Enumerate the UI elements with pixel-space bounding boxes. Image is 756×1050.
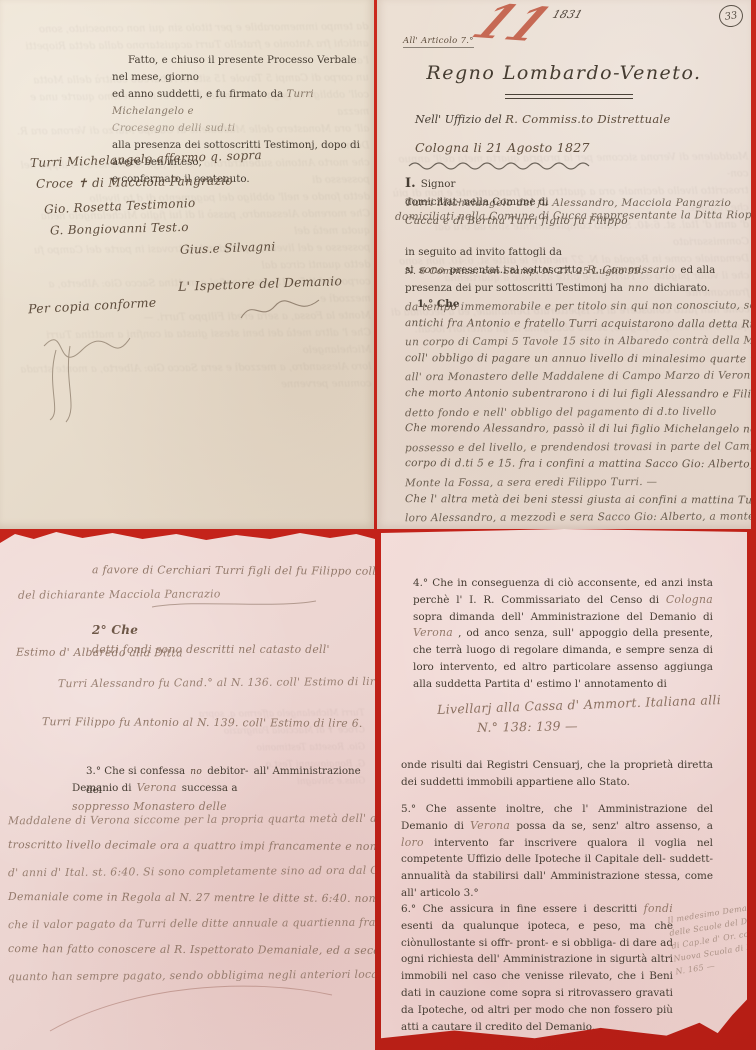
printed-fragment: ed alla xyxy=(680,264,715,276)
printed-fragment: in seguito ad invito fattogli da xyxy=(405,246,562,258)
printed-fragment: intervento far inscrivere qualora il vog… xyxy=(401,837,713,899)
signature: Croce ✝ di Macciola Pangrazio xyxy=(36,173,268,191)
handwritten-line: Monte la Fossa, a sera eredi Filippo Tur… xyxy=(471,473,751,492)
printed-fragment: Nell' Uffizio del xyxy=(415,113,502,126)
signature: Turri Michelangelo affermo q. sopra xyxy=(30,148,262,170)
printed-fragment: Signor xyxy=(421,178,456,190)
printed-fragment: si xyxy=(405,264,414,276)
office-line: Nell' Uffizio del R. Commiss.to Distrett… xyxy=(415,112,671,126)
signature: G. Bongiovanni Test.o xyxy=(50,217,282,237)
scanned-archive-sheet: { "colors":{ "background_red":"#c4231a",… xyxy=(0,0,756,1050)
document-title: Regno Lombardo-Veneto. xyxy=(377,62,751,84)
handwritten-line: possesso e del livello, e prendendosi tr… xyxy=(471,438,751,457)
handwritten-line: troscritto livello decimale ora a quattr… xyxy=(8,832,372,860)
printed-fragment: , od anco senza, sull' appoggio della pr… xyxy=(413,627,713,689)
handwritten-line: d' anni d' Ital. st. 6:40. Si sono compl… xyxy=(8,858,372,887)
printed-fragment: presentat.i al sottoscritto xyxy=(450,264,582,276)
document-page-bottom-left: Turri Michelangelo affermo q. sopraCroce… xyxy=(0,527,375,1050)
item5-paragraph: 5.° Che assente inoltre, che l' Amminist… xyxy=(401,801,713,902)
printed-fragment: Demanio di xyxy=(72,782,132,794)
signature: Gio. Rosetta Testimonio xyxy=(44,192,276,216)
printed-fragment: esenti da qualunque ipoteca, e peso, ma … xyxy=(401,920,673,1033)
signature: Gius.e Silvagni xyxy=(180,235,374,257)
handwritten-line: loro Alessandro, a mezzodì e sera Sacco … xyxy=(471,508,751,527)
dateline: Cologna li 21 Agosto 1827 xyxy=(415,140,590,155)
copy-conformity-note: Per copia conforme xyxy=(28,295,157,317)
handwritten-insert: Verona xyxy=(137,781,177,794)
invito-line3: presenza dei pur sottoscritti Testimonj … xyxy=(405,276,751,298)
printed-fragment: ed anno suddetti, e fu firmato da xyxy=(112,88,283,100)
printed-fragment: 6.° Che assicura in fine essere i descri… xyxy=(401,903,637,915)
printed-fragment: sopra dimanda dell' Amministrazione del … xyxy=(413,611,713,623)
opening-handwritten-line: a favore di Cerchiari Turri figli del fu… xyxy=(92,560,375,582)
signature-list: Turri Michelangelo affermo q. sopraCroce… xyxy=(30,152,262,267)
bleedthrough-line: da tempo immemorabile e per titolo sin q… xyxy=(8,18,368,38)
squiggle-rule xyxy=(407,160,597,170)
archive-number-badge: 33 xyxy=(718,3,745,28)
paragraph-number: I. xyxy=(405,176,416,191)
printed-fragment: successa a xyxy=(182,782,238,794)
handwritten-line: Maddalene di Verona siccome per la propr… xyxy=(8,806,372,835)
printed-fragment: possa da se, senz' altro assenso, a xyxy=(516,820,713,832)
handwritten-line: come han fatto conoscere al R. Ispettora… xyxy=(8,936,372,964)
marginal-note: Il medesimo Demaniodelle Scuole del Dema… xyxy=(666,901,747,979)
onde-paragraph: onde risulti dai Registri Censuarj, che … xyxy=(401,757,713,791)
item6-paragraph: 6.° Che assicura in fine essere i descri… xyxy=(401,901,673,1035)
bleedthrough-line: Gio. Rosetta Testimonio xyxy=(10,739,365,759)
handwritten-insert: Cologna xyxy=(666,593,713,606)
red-pencil-number: 11 xyxy=(462,0,564,52)
handwritten-insert: Verona xyxy=(470,819,510,832)
title-rule xyxy=(505,94,633,99)
item2-line3: Turri Alessandro fu Cand.° al N. 136. co… xyxy=(58,672,375,694)
handwritten-insert: sono xyxy=(419,264,445,276)
item1-handwritten-body: da tempo immemorabile e per titolo sin q… xyxy=(391,298,751,527)
item2-line4: Turri Filippo fu Antonio al N. 139. coll… xyxy=(42,712,363,734)
item4-handwritten-annotation: N.° 138: 139 — xyxy=(477,718,578,735)
printed-line: Fatto, e chiuso il presente Processo Ver… xyxy=(112,52,368,86)
handwritten-insert: R. Commissario xyxy=(587,264,675,276)
handwritten-line: che morto Antonio subentrarono i di lui … xyxy=(471,385,751,404)
official-signature-flourish xyxy=(235,292,325,326)
printed-line: ed anno suddetti, e fu firmato da Turri … xyxy=(112,86,368,120)
handwritten-line: da tempo immemorabile e per titolo sin q… xyxy=(471,297,751,316)
document-page-top-right: Maddalene di Verona siccome per la propr… xyxy=(377,0,751,529)
handwritten-line: Demaniale come in Regola al N. 27 mentre… xyxy=(8,884,372,912)
printed-fragment: domiciliat- nella Comune di xyxy=(405,196,549,208)
item3-handwritten-body: Maddalene di Verona siccome per la propr… xyxy=(8,807,372,989)
handwritten-insert: loro xyxy=(401,836,424,849)
handwritten-line: che il valor pagato da Turri delle ditte… xyxy=(8,910,372,939)
handwritten-insert: nno xyxy=(628,282,649,294)
handwritten-line: un corpo di Campi 5 Tavole 15 sito in Al… xyxy=(471,332,751,351)
item2-line2: Estimo d' Albaredo alla Ditta xyxy=(16,643,183,664)
document-page-bottom-right: 4.° Che in conseguenza di ciò acconsente… xyxy=(381,529,747,1046)
handwritten-line: corpo di d.ti 5 e 15. fra i confini a ma… xyxy=(471,456,751,475)
pen-flourish xyxy=(150,597,320,611)
paragraph-I-line3: domiciliati nella Comune di Cucca rappre… xyxy=(395,207,751,226)
pen-stroke-curve xyxy=(40,967,340,1037)
handwritten-line: Che l' altra metà dei beni stessi giusta… xyxy=(471,491,751,510)
year-annotation: 1831 xyxy=(551,8,584,21)
item4-paragraph: 4.° Che in conseguenza di ciò acconsente… xyxy=(413,575,713,693)
handwritten-insert: Verona xyxy=(413,626,453,639)
handwritten-line: antichi fra Antonio e fratello Turri acq… xyxy=(471,315,751,334)
handwritten-line: all' ora Monastero delle Maddalene di Ca… xyxy=(471,367,751,386)
printed-fragment: presenza dei pur sottoscritti Testimonj … xyxy=(405,282,623,294)
handwritten-insert: R. Commiss.to Distrettuale xyxy=(505,112,670,126)
official-title: L' Ispettore del Demanio xyxy=(178,273,343,294)
handwritten-line: Che morendo Alessandro, passò il di lui … xyxy=(471,421,751,440)
item2-label: 2° Che xyxy=(92,623,138,637)
copy-signature-flourish xyxy=(26,316,176,426)
handwritten-insert: Crocesegno delli sud.ti xyxy=(112,120,368,137)
printed-fragment: dichiarato. xyxy=(654,282,710,294)
handwritten-line: coll' obbligo di pagare un annuo livello… xyxy=(471,350,751,369)
document-page-top-left: da tempo immemorabile e per titolo sin q… xyxy=(0,0,374,529)
item4-handwritten-annotation: Livellarj alla Cassa d' Ammort. Italiana… xyxy=(437,692,721,717)
handwritten-line: detto fondo e nell' obbligo del pagament… xyxy=(471,403,751,422)
